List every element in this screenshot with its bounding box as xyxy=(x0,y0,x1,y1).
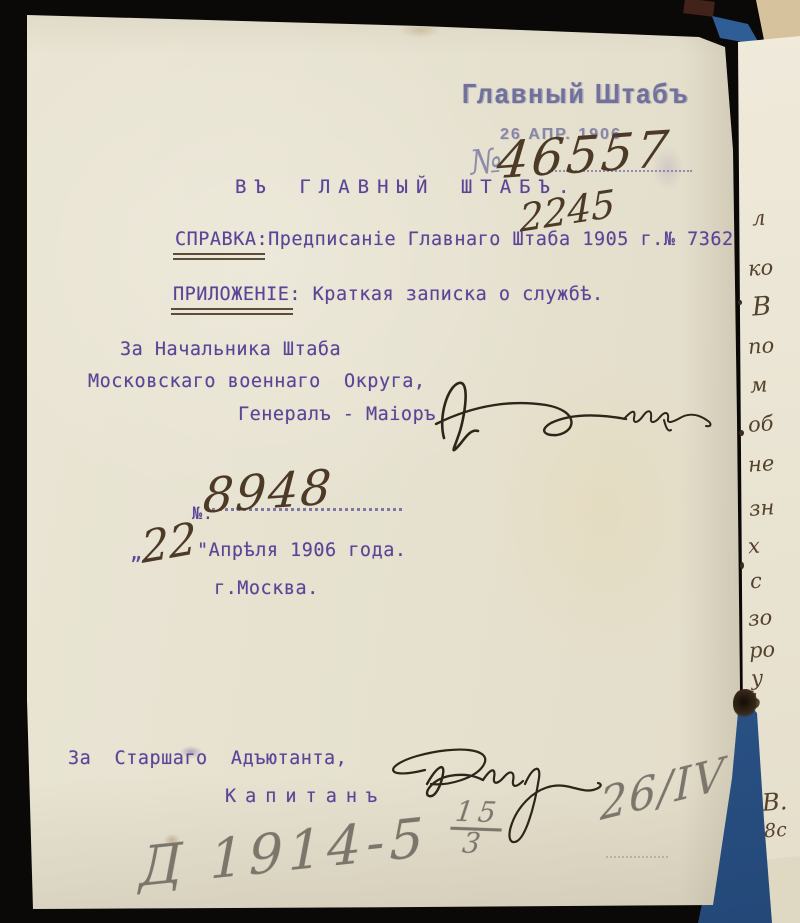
prilozhenie-line: ПРИЛОЖЕНІЕ: Краткая записка о службѣ. xyxy=(173,284,604,305)
spravka-label: СПРАВКА xyxy=(175,229,256,250)
faded-dash-mark xyxy=(606,856,668,858)
adjutant-line2: Капитанъ xyxy=(225,786,386,807)
glavny-shtab-stamp: Главный Штабъ xyxy=(462,78,689,110)
spravka-underline xyxy=(173,253,265,260)
pencil-fraction: 153 xyxy=(447,798,506,858)
pencil-archive-number: Д 1914-5153 xyxy=(139,803,502,899)
book-spine-fragment xyxy=(683,0,715,17)
for-chief-line3: Генералъ - Маіоръ xyxy=(238,404,436,425)
cursive-fragment: ко xyxy=(747,255,774,281)
crease-speck xyxy=(740,562,744,569)
date-line: "Апрѣля 1906 года. xyxy=(197,540,406,561)
archival-photo-scene: л ко В по м об не зн х с зо ро у Ѣ В. 28… xyxy=(0,0,800,923)
cursive-fragment: х xyxy=(747,534,760,559)
cursive-fragment: с xyxy=(749,569,762,594)
cursive-fragment: л xyxy=(751,206,766,231)
cursive-fragment: зо xyxy=(747,605,773,631)
handwritten-day: 22 xyxy=(141,517,198,571)
cursive-fragment: об xyxy=(747,411,774,437)
cursive-fragment: ро xyxy=(748,637,776,663)
cursive-fragment: В xyxy=(751,291,772,322)
prilozhenie-label: ПРИЛОЖЕНІЕ xyxy=(173,284,289,305)
pencil-archive-main: Д 1914-5 xyxy=(139,805,429,899)
cursive-fragment: не xyxy=(747,451,775,477)
prilozhenie-underline xyxy=(171,308,293,315)
cursive-fragment: м xyxy=(749,372,768,397)
document-page: Главный Штабъ 26 АПР. 1906 № 46557 ВЪ ГЛ… xyxy=(0,0,800,923)
for-chief-line1: За Начальника Штаба xyxy=(120,339,341,360)
spravka-line: СПРАВКА:Предписаніе Главнаго Штаба 1905 … xyxy=(175,229,745,250)
cursive-fragment: В. xyxy=(761,787,788,817)
crease-speck xyxy=(739,430,744,436)
for-chief-line2: Московскаго военнаго Округа, xyxy=(88,371,426,392)
adjutant-line1: За Старшаго Адъютанта, xyxy=(68,748,347,769)
handwritten-outgoing-number: 8948 xyxy=(201,463,334,520)
city-line: г.Москва. xyxy=(214,578,319,599)
prilozhenie-text: : Краткая записка о службѣ. xyxy=(289,284,603,305)
cursive-fragment: зн xyxy=(748,495,775,521)
general-major-signature xyxy=(428,372,714,458)
crease-speck xyxy=(738,300,742,305)
spravka-text: :Предписаніе Главнаго Штаба 1905 г.№ 736… xyxy=(256,229,745,250)
cursive-fragment: по xyxy=(747,333,775,359)
pencil-fraction-bottom: 3 xyxy=(461,826,488,860)
